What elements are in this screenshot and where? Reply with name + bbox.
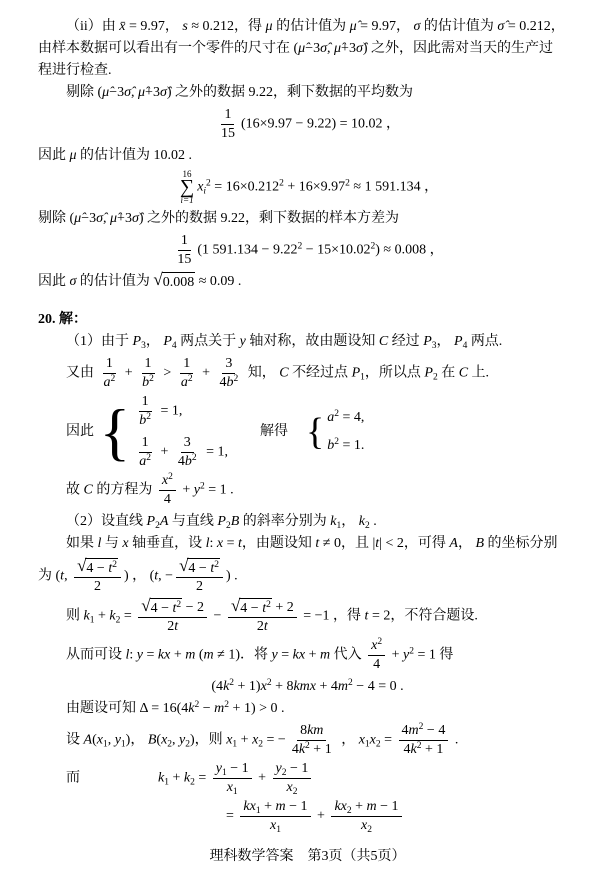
formula-system: 因此 {1b2 = 1,1a2 + 34b2 = 1,解得{a2 = 4,b2 …	[38, 394, 577, 470]
formula-variance: 115(1 591.134 − 9.222 − 15×10.022) ≈ 0.0…	[38, 233, 577, 268]
fraction: 1b2	[136, 394, 154, 429]
sqrt-radical: √4 − t2	[141, 598, 182, 616]
brace-system: {1b2 = 1,1a2 + 34b2 = 1,	[100, 394, 229, 470]
para-20-1: （1）由于 P3， P4 两点关于 y 轴对称，故由题设知 C 经过 P3， P…	[38, 331, 577, 353]
fraction: √4 − t22	[176, 558, 223, 595]
fraction: √4 − t2 − 22t	[138, 598, 207, 635]
para-20-2: （2）设直线 P2A 与直线 P2B 的斜率分别为 k1， k2 .	[38, 511, 577, 533]
para-sigma-estimate: 因此 σ 的估计值为 √0.008 ≈ 0.09 .	[38, 271, 577, 293]
sqrt-radical: √4 − t2	[231, 598, 272, 616]
fraction: y2 − 1x2	[273, 761, 312, 796]
brace-system: {a2 = 4,b2 = 1.	[306, 407, 364, 457]
fraction: x24	[368, 638, 385, 673]
fraction: 115	[218, 107, 238, 142]
formula-k1k2-expanded: = kx1 + m − 1x1 + kx2 + m − 1x2	[38, 799, 577, 834]
para-ii-intro: （ii）由 x̄ = 9.97， s ≈ 0.212，得 μ 的估计值为 μ̂ …	[38, 16, 577, 38]
fraction: 115	[174, 233, 194, 268]
fraction: kx1 + m − 1x1	[240, 799, 310, 834]
problem-20-header: 20. 解：	[38, 309, 577, 331]
document-content: （ii）由 x̄ = 9.97， s ≈ 0.212，得 μ 的估计值为 μ̂ …	[38, 16, 577, 868]
sqrt-radical: √4 − t2	[77, 558, 118, 576]
formula-k1k2-general: 而k1 + k2 = y1 − 1x1 + y2 − 1x2	[38, 761, 577, 796]
formula-mean: 115(16×9.97 − 9.22) = 10.02 ，	[38, 107, 577, 142]
fraction: x24	[159, 473, 176, 508]
formula-sum-squares: 16∑i=1xi2 = 16×0.2122 + 16×9.972 ≈ 1 591…	[38, 170, 577, 205]
fraction: 4m2 − 44k2 + 1	[399, 723, 449, 758]
fraction: y1 − 1x1	[213, 761, 252, 796]
fraction: √4 − t2 + 22t	[228, 598, 297, 635]
para-line-setup: 从而可设 l: y = kx + m (m ≠ 1)．将 y = kx + m …	[38, 638, 577, 673]
document-page: （ii）由 x̄ = 9.97， s ≈ 0.212，得 μ 的估计值为 μ̂ …	[0, 0, 605, 888]
fraction: 34b2	[216, 356, 241, 391]
fraction: 8km4k2 + 1	[289, 723, 335, 758]
fraction: kx2 + m − 1x2	[331, 799, 401, 834]
sqrt-radical: √4 − t2	[179, 558, 220, 576]
fraction: √4 − t22	[74, 558, 121, 595]
summation: 16∑i=1	[180, 170, 194, 205]
fraction: 1a2	[178, 356, 196, 391]
fraction: 1a2	[136, 435, 154, 470]
para-remove-data: 剔除 (μ̂−3σ̂, μ̂+3σ̂) 之外的数据 9.22，剩下数据的平均数为	[38, 82, 577, 104]
para-sample-note: 由样本数据可以看出有一个零件的尺寸在 (μ̂−3σ̂, μ̂+3σ̂) 之外，因…	[38, 38, 577, 60]
para-remove-data-2: 剔除 (μ̂−3σ̂, μ̂+3σ̂) 之外的数据 9.22，剩下数据的样本方差…	[38, 208, 577, 230]
fraction: 1b2	[139, 356, 157, 391]
fraction: 34b2	[175, 435, 200, 470]
fraction: 1a2	[101, 356, 119, 391]
para-20-1b: 又由 1a2 + 1b2 > 1a2 + 34b2 知， C 不经过点 P1，所…	[38, 356, 577, 391]
formula-k1k2-vertical: 则 k1 + k2 = √4 − t2 − 22t − √4 − t2 + 22…	[38, 598, 577, 635]
para-discriminant: 由题设可知 Δ = 16(4k2 − m2 + 1) > 0 .	[38, 698, 577, 720]
formula-ellipse: 故 C 的方程为 x24 + y2 = 1 .	[38, 473, 577, 508]
para-vertical-case: 如果 l 与 x 轴垂直，设 l: x = t，由题设知 t ≠ 0，且 |t|…	[38, 533, 577, 555]
para-sample-note-cont: 程进行检查.	[38, 60, 577, 82]
sqrt-radical: √0.008	[153, 272, 195, 290]
formula-vieta: 设 A(x1, y1)， B(x2, y2)，则 x1 + x2 = −8km4…	[38, 723, 577, 758]
formula-quadratic: (4k2 + 1)x2 + 8kmx + 4m2 − 4 = 0 .	[38, 676, 577, 698]
formula-coordinates: 为 (t, √4 − t22) ， (t, −√4 − t22) .	[38, 558, 577, 595]
para-mu-estimate: 因此 μ 的估计值为 10.02 .	[38, 145, 577, 167]
page-footer: 理科数学答案 第3页（共5页）	[38, 846, 577, 868]
